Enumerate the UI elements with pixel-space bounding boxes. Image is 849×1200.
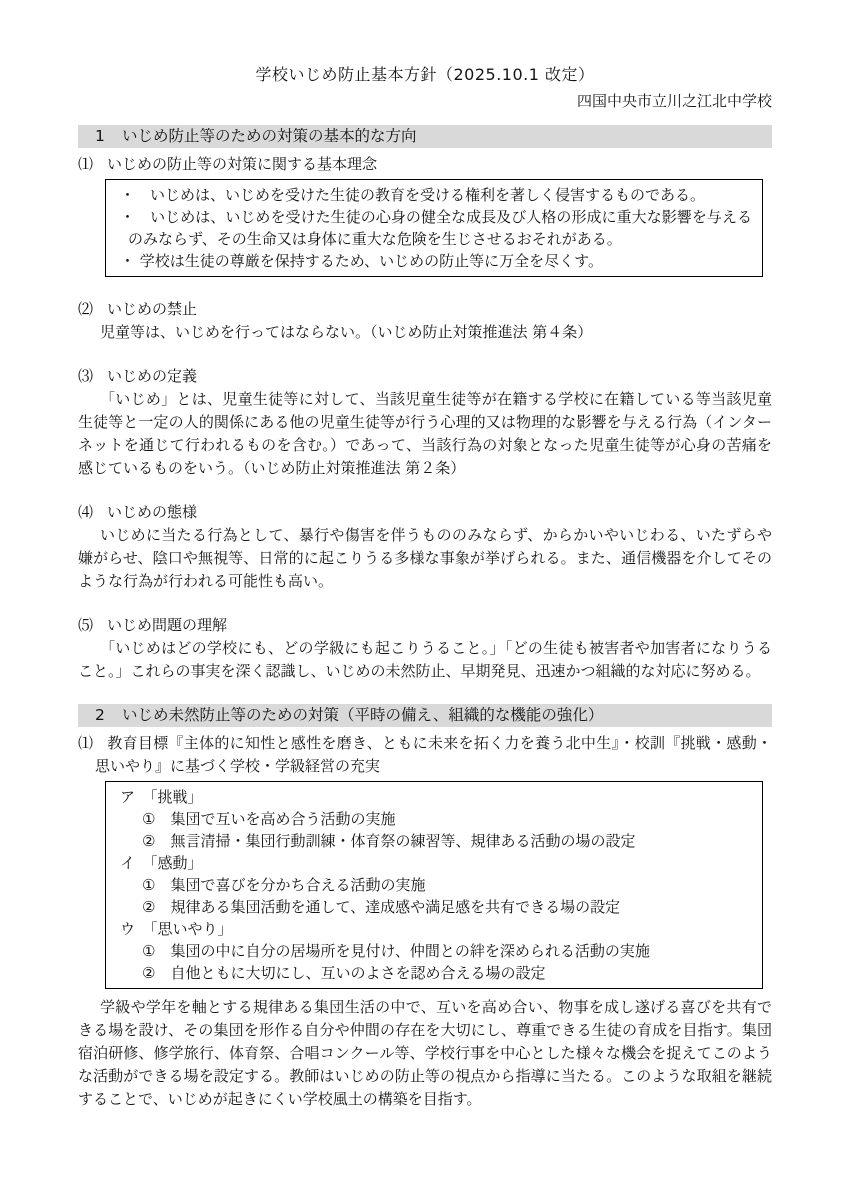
item-5-title-text: いじめ問題の理解 <box>107 616 227 634</box>
motto-item: ② 規律ある集団活動を通して、達成感や満足感を共有できる場の設定 <box>120 896 752 918</box>
section2-item-1-education-goal-title: ⑴教育目標『主体的に知性と感性を磨き、ともに未来を拓く力を養う北中生』・校訓『挑… <box>78 732 772 778</box>
document-content: 学校いじめ防止基本方針（2025.10.1 改定） 四国中央市立川之江北中学校 … <box>78 64 772 1111</box>
motto-item: ① 集団で喜びを分かち合える活動の実施 <box>120 874 752 896</box>
section2-item-1-body: 学級や学年を軸とする規律ある集団生活の中で、互いを高め合い、物事を成し遂げる喜び… <box>78 996 772 1111</box>
principles-box: ・ いじめは、いじめを受けた生徒の教育を受ける権利を著しく侵害するものである。 … <box>105 179 763 277</box>
item-2-label: ⑵ <box>78 298 107 321</box>
item-1-basic-principles-title: ⑴いじめの防止等の対策に関する基本理念 <box>78 153 772 176</box>
motto-item: ① 集団の中に自分の居場所を見付け、仲間との絆を深められる活動の実施 <box>120 940 752 962</box>
item-3-label: ⑶ <box>78 365 107 388</box>
item-2-body: 児童等は、いじめを行ってはならない。（いじめ防止対策推進法 第４条） <box>78 321 772 344</box>
item-5-understanding-title: ⑸いじめ問題の理解 <box>78 614 772 637</box>
principle-bullet: ・ 学校は生徒の尊厳を保持するため、いじめの防止等に万全を尽くす。 <box>120 250 752 272</box>
item-5-body: 「いじめはどの学校にも、どの学級にも起こりうること。」「どの生徒も被害者や加害者… <box>78 637 772 683</box>
motto-item: ② 自他ともに大切にし、互いのよさを認め合える場の設定 <box>120 962 752 984</box>
section2-item-1-label: ⑴ <box>78 732 107 755</box>
item-4-label: ⑷ <box>78 501 107 524</box>
document-title: 学校いじめ防止基本方針（2025.10.1 改定） <box>78 64 772 86</box>
principle-bullet: ・ いじめは、いじめを受けた生徒の心身の健全な成長及び人格の形成に重大な影響を与… <box>120 206 752 250</box>
school-motto-box: ア 「挑戦」 ① 集団で互いを高め合う活動の実施 ② 無言清掃・集団行動訓練・体… <box>105 781 763 989</box>
item-3-title-text: いじめの定義 <box>107 367 197 385</box>
motto-item: ① 集団で互いを高め合う活動の実施 <box>120 808 752 830</box>
item-2-prohibition-title: ⑵いじめの禁止 <box>78 298 772 321</box>
motto-group-inspiration: イ 「感動」 <box>120 852 752 874</box>
item-4-title-text: いじめの態様 <box>107 503 197 521</box>
motto-group-challenge: ア 「挑戦」 <box>120 786 752 808</box>
item-3-definition-title: ⑶いじめの定義 <box>78 365 772 388</box>
section-2-heading-text: いじめ未然防止等のための対策（平時の備え、組織的な機能の強化） <box>122 706 603 724</box>
item-5-label: ⑸ <box>78 614 107 637</box>
section-2-number: 2 <box>95 704 122 727</box>
item-1-title-text: いじめの防止等の対策に関する基本理念 <box>107 155 377 173</box>
section-2-header: 2いじめ未然防止等のための対策（平時の備え、組織的な機能の強化） <box>78 704 772 727</box>
section-1-header: 1いじめ防止等のための対策の基本的な方向 <box>78 125 772 148</box>
motto-group-compassion: ウ 「思いやり」 <box>120 918 752 940</box>
item-3-body: 「いじめ」とは、児童生徒等に対して、当該児童生徒等が在籍する学校に在籍している等… <box>78 388 772 480</box>
principle-bullet: ・ いじめは、いじめを受けた生徒の教育を受ける権利を著しく侵害するものである。 <box>120 184 752 206</box>
item-4-body: いじめに当たる行為として、暴行や傷害を伴うもののみならず、からかいやいじわる、い… <box>78 524 772 593</box>
document-page: 学校いじめ防止基本方針（2025.10.1 改定） 四国中央市立川之江北中学校 … <box>0 0 849 1200</box>
item-2-title-text: いじめの禁止 <box>107 300 197 318</box>
section-1-heading-text: いじめ防止等のための対策の基本的な方向 <box>122 127 417 145</box>
school-name: 四国中央市立川之江北中学校 <box>78 91 772 112</box>
motto-item: ② 無言清掃・集団行動訓練・体育祭の練習等、規律ある活動の場の設定 <box>120 830 752 852</box>
section-1-number: 1 <box>95 125 122 148</box>
section2-item-1-title-text: 教育目標『主体的に知性と感性を磨き、ともに未来を拓く力を養う北中生』・校訓『挑戦… <box>95 734 772 775</box>
item-4-forms-title: ⑷いじめの態様 <box>78 501 772 524</box>
item-1-label: ⑴ <box>78 153 107 176</box>
